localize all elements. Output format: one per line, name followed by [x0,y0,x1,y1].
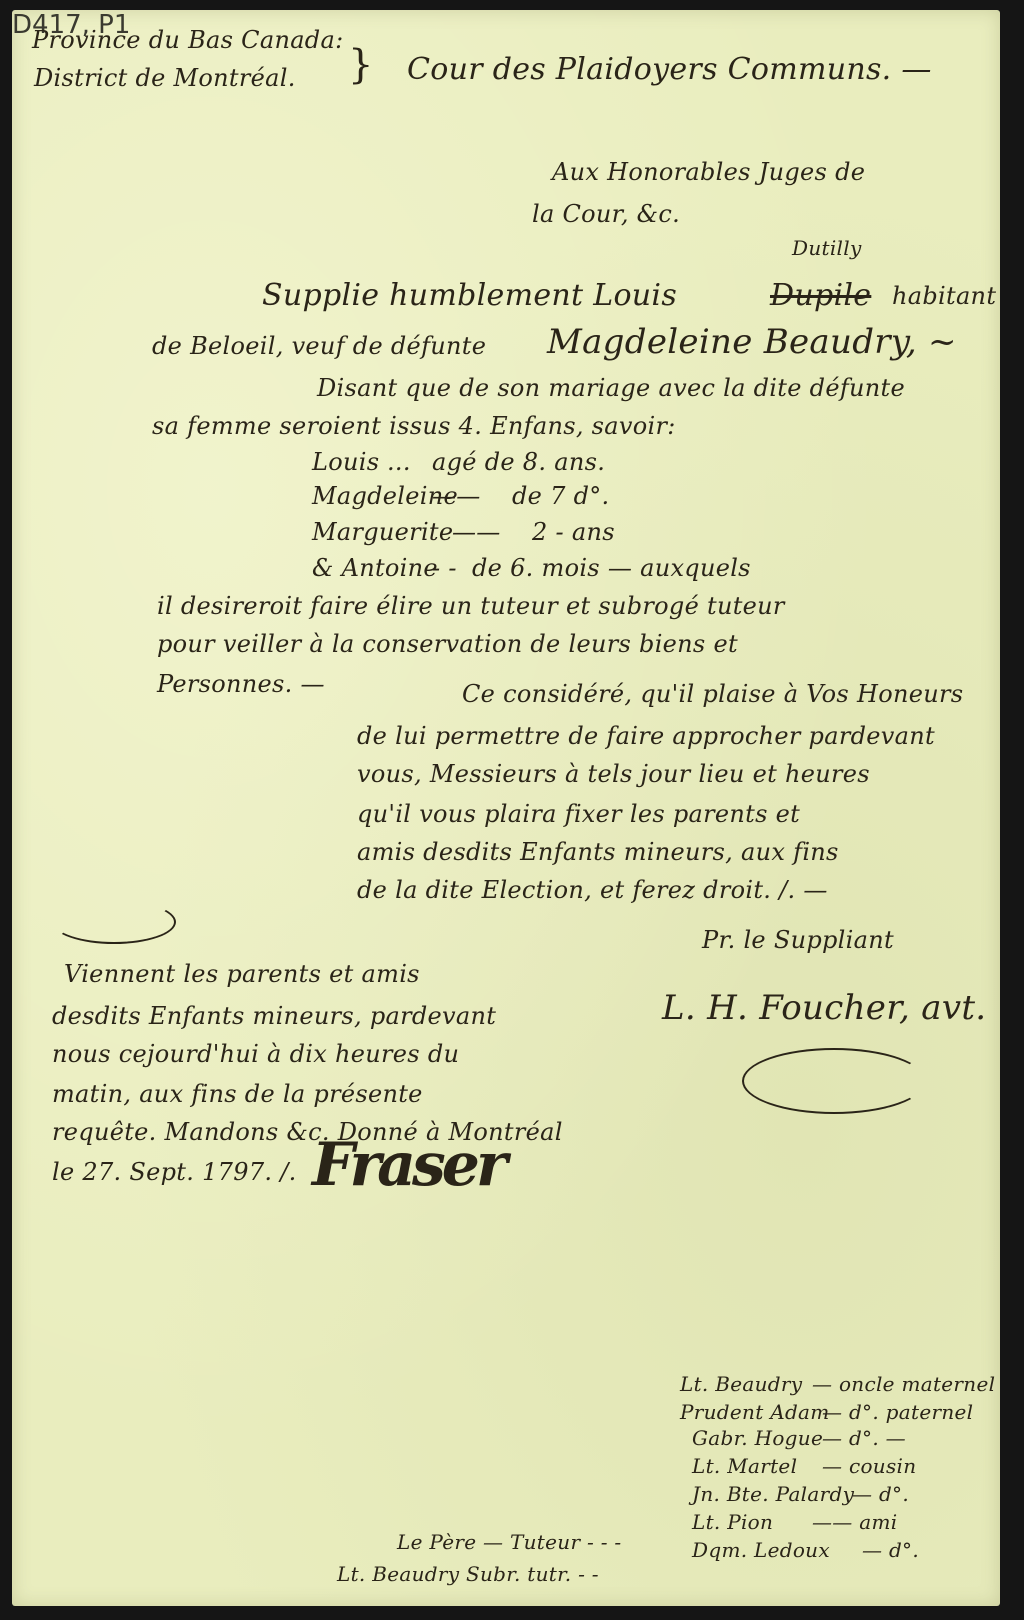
relative-relation: —— ami [812,1510,897,1534]
prayer-line: amis desdits Enfants mineurs, aux fins [357,838,839,866]
child-sep: ... [387,448,411,476]
relative-relation: — d°. [852,1482,909,1506]
signature-flourish [742,1048,926,1114]
court-title: Cour des Plaidoyers Communs. — [407,52,932,87]
child-name: & Antoine [312,554,438,582]
occupation: habitant [892,282,996,310]
relative-name: Lt. Beaudry [680,1372,802,1396]
relative-relation: — cousin [822,1454,916,1478]
child-sep: —— [452,518,501,546]
order-line: desdits Enfants mineurs, pardevant [52,1002,496,1030]
struck-surname: Dupile [770,278,871,313]
child-sep: - - [432,554,457,582]
relative-name: Dqm. Ledoux [692,1538,830,1562]
relative-name: Jn. Bte. Palardy [692,1482,854,1506]
relative-relation: — oncle maternel [812,1372,995,1396]
initial-flourish [52,900,176,944]
document-page: Province du Bas Canada: District de Mont… [12,10,1000,1606]
attorney-signature: L. H. Foucher, avt. [662,988,986,1028]
province-line: Province du Bas Canada: [32,26,343,54]
petition-line-9: il desireroit faire élire un tuteur et s… [157,592,785,620]
relative-name: Prudent Adam [680,1400,830,1424]
petition-opening: Supplie humblement Louis [262,278,677,313]
district-line: District de Montréal. [34,64,296,92]
child-age: 2 - ans [532,518,615,546]
child-name: Marguerite [312,518,453,546]
subrogate-guardian-appointment: Lt. Beaudry Subr. tutr. - - [337,1562,599,1586]
address-line-2: la Cour, &c. [532,200,680,228]
prayer-line: de lui permettre de faire approcher pard… [357,722,935,750]
relative-relation: — d°. paternel [822,1400,973,1424]
relative-name: Lt. Martel [692,1454,797,1478]
brace-mark: } [348,42,374,88]
prayer-line: qu'il vous plaira fixer les parents et [357,800,800,828]
petition-line-2: de Beloeil, veuf de défunte [152,332,486,360]
petition-line-3: Disant que de son mariage avec la dite d… [317,374,905,402]
child-sep: —— [432,482,481,510]
order-line: matin, aux fins de la présente [52,1080,423,1108]
order-date: le 27. Sept. 1797. /. [52,1158,297,1186]
prayer-line: vous, Messieurs à tels jour lieu et heur… [357,760,870,788]
prayer-line: Ce considéré, qu'il plaise à Vos Honeurs [462,680,963,708]
name-insertion: Dutilly [792,236,862,260]
deceased-name: Magdeleine Beaudry, ~ [547,322,957,362]
petition-line-11: Personnes. — [157,670,325,698]
child-age: agé de 8. ans. [432,448,605,476]
petition-line-4: sa femme seroient issus 4. Enfans, savoi… [152,412,676,440]
judge-signature: Fraser [312,1130,504,1200]
address-line-1: Aux Honorables Juges de [552,158,865,186]
guardian-appointment: Le Père — Tuteur - - - [397,1530,621,1554]
relative-name: Lt. Pion [692,1510,773,1534]
order-line: Viennent les parents et amis [64,960,420,988]
relative-name: Gabr. Hogue [692,1426,823,1450]
child-age: de 6. mois — auxquels [472,554,751,582]
relative-relation: — d°. — [822,1426,906,1450]
order-line: nous cejourd'hui à dix heures du [52,1040,459,1068]
child-name: Louis [312,448,379,476]
relative-relation: — d°. [862,1538,919,1562]
child-age: de 7 d°. [512,482,610,510]
prayer-line: de la dite Election, et ferez droit. /. … [357,876,828,904]
attorney-for: Pr. le Suppliant [702,926,894,954]
petition-line-10: pour veiller à la conservation de leurs … [157,630,738,658]
